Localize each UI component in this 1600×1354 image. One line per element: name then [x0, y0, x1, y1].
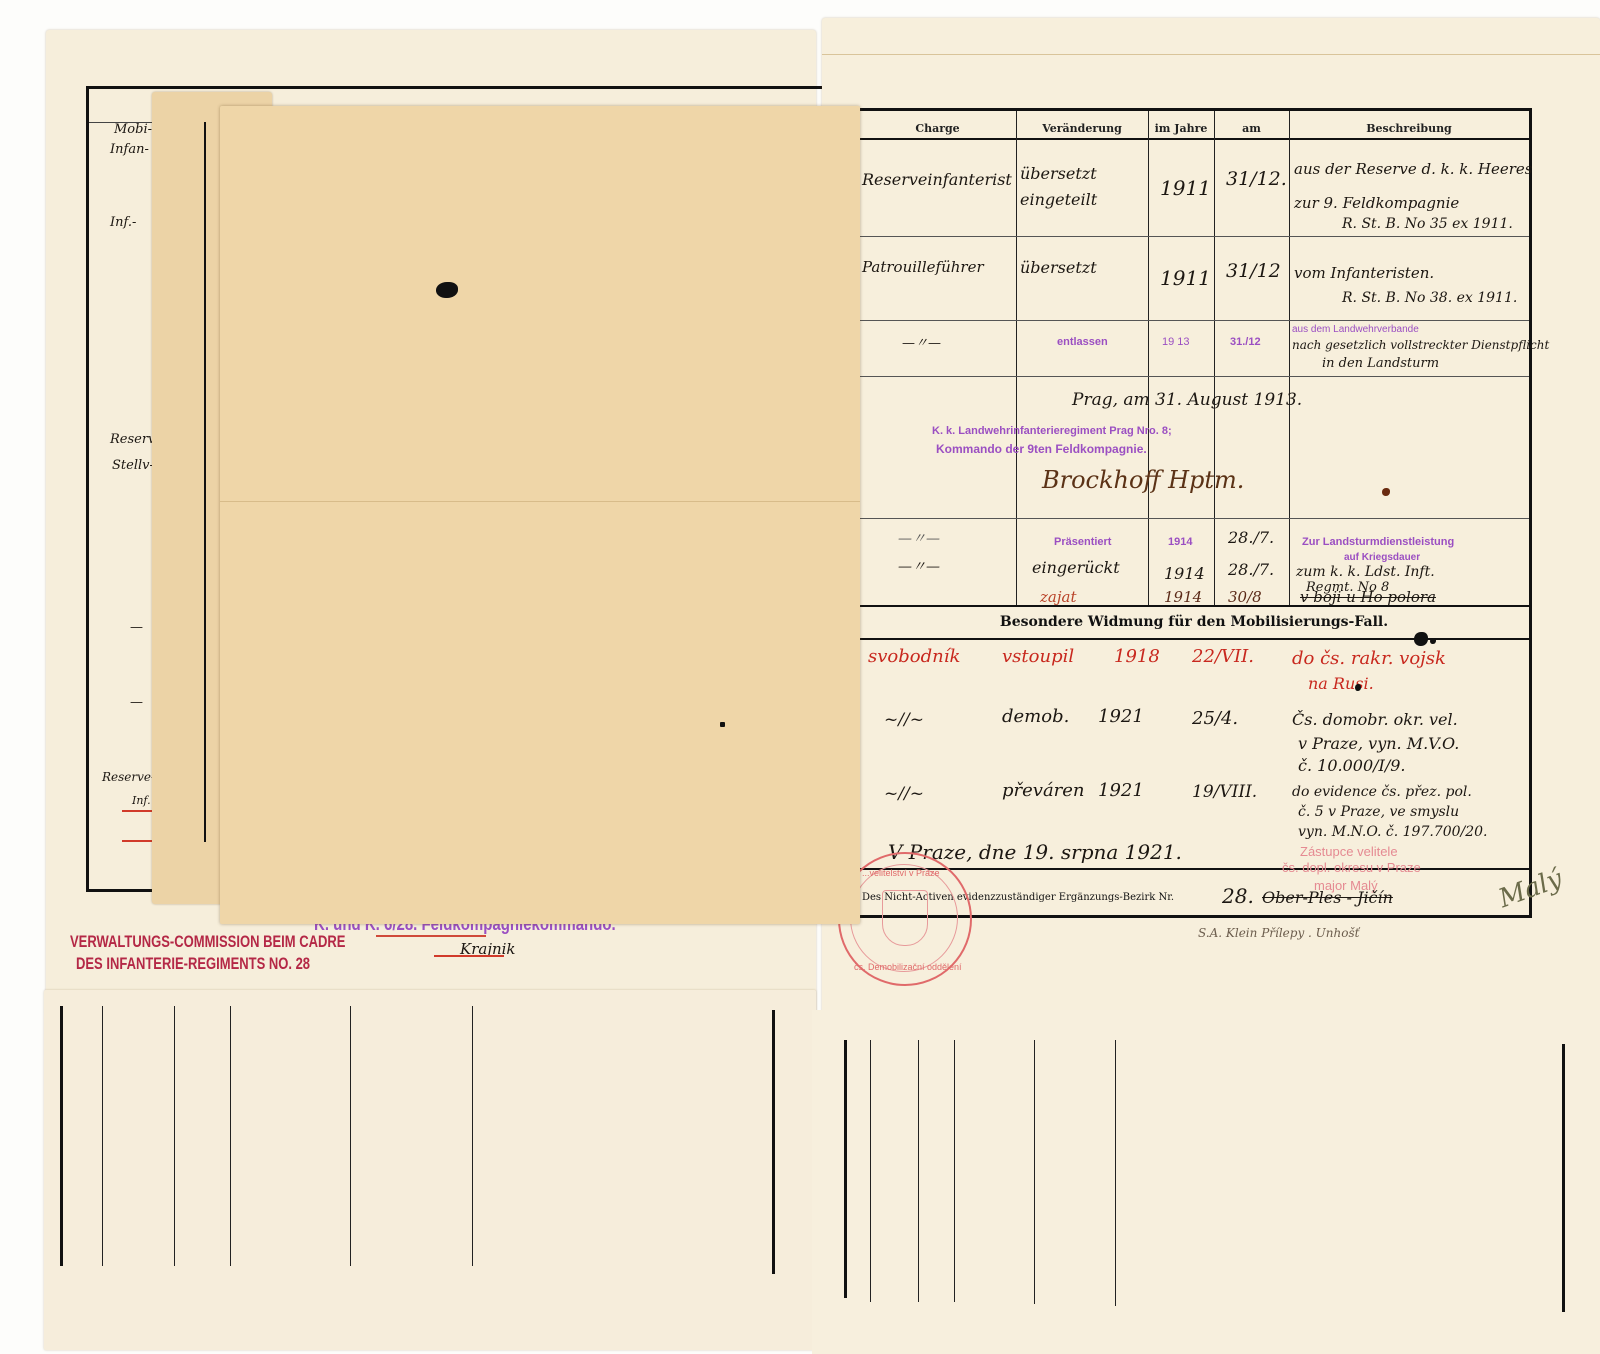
cz2-desc-2: v Praze, vyn. M.V.O. [1298, 734, 1459, 753]
row1-desc-2: zur 9. Feldkompagnie [1294, 194, 1459, 212]
cz3-year: 1921 [1098, 780, 1144, 801]
malý-stamp-line2: čs. dopl. okresu v Praze [1282, 860, 1421, 875]
cz3-change: převáren [1002, 780, 1085, 801]
row-rule-2 [859, 320, 1529, 321]
row3-desc-2: nach gesetzlich vollstreckter Dienstpfli… [1292, 338, 1549, 352]
row4-desc-stamp-1: Zur Landsturmdienstleistung [1302, 536, 1454, 548]
header-charge: Charge [859, 122, 1016, 135]
row1-desc-1: aus der Reserve d. k. k. Heeres [1294, 160, 1533, 178]
left-handwriting-6: Reserve- [102, 770, 155, 784]
left-commission-stamp-line1: VERWALTUNGS-COMMISSION BEIM CADRE [70, 932, 345, 951]
lower-left-col-5 [350, 1006, 351, 1266]
row4-year-stamp: 1914 [1168, 536, 1192, 548]
sig-place-date-1913: Prag, am 31. August 1913. [1072, 390, 1302, 410]
left-red-underline-1 [122, 810, 152, 812]
row2-change: übersetzt [1020, 258, 1097, 277]
row5-charge: —〃— [898, 556, 940, 576]
regiment-stamp-line2: Kommando der 9ten Feldkompagnie. [936, 442, 1147, 456]
cz3-charge: ~//~ [884, 784, 924, 804]
cz1-date: 22/VII. [1192, 646, 1254, 667]
row4-charge: —〃— [898, 528, 940, 548]
cz1-desc-1: do čs. rakr. vojsk [1292, 648, 1446, 669]
right-page-fold-crease [822, 54, 1600, 55]
cz3-desc-3: vyn. M.N.O. č. 197.700/20. [1298, 824, 1488, 840]
malý-stamp-line1: Zástupce velitele [1300, 844, 1398, 859]
lower-left-page [44, 990, 816, 1350]
row6-change: zajat [1040, 588, 1076, 606]
row2-date: 31/12 [1226, 260, 1281, 282]
footer-struck-text: Ober-Ples - Jičín [1262, 888, 1393, 907]
left-red-underline-3 [376, 935, 486, 937]
lower-right-col-1 [844, 1040, 847, 1298]
lower-right-col-6 [1115, 1040, 1116, 1306]
lower-left-col-3 [174, 1006, 175, 1266]
row6-desc: v boji u Ho polora [1300, 588, 1436, 606]
lower-right-col-7 [1562, 1044, 1565, 1312]
card-fold-line [220, 501, 860, 502]
row1-date: 31/12. [1226, 168, 1287, 190]
col-divider-1 [1016, 111, 1017, 606]
header-im-jahre: im Jahre [1148, 122, 1214, 135]
left-dash-1: — [130, 620, 143, 635]
ink-spot-1 [1382, 488, 1390, 496]
ink-spot-3 [1430, 638, 1436, 644]
row1-change-a: übersetzt [1020, 164, 1097, 183]
lower-right-col-4 [954, 1040, 955, 1302]
left-red-underline-2 [122, 840, 152, 842]
cz1-charge: svobodník [868, 646, 960, 667]
row-rule-3 [859, 376, 1529, 377]
row3-desc-3: in den Landsturm [1322, 356, 1439, 371]
lower-right-col-5 [1034, 1040, 1035, 1304]
row5-date: 28./7. [1228, 560, 1274, 579]
row3-date-stamp: 31./12 [1230, 336, 1261, 348]
cz3-desc-2: č. 5 v Praze, ve smyslu [1298, 804, 1459, 820]
lower-right-col-3 [918, 1040, 919, 1302]
row1-desc-3: R. St. B. No 35 ex 1911. [1342, 216, 1513, 232]
cz2-change: demob. [1002, 706, 1069, 727]
row6-date: 30/8 [1228, 588, 1262, 606]
row4-change-stamp: Präsentiert [1054, 536, 1111, 548]
row3-year-stamp: 19 13 [1162, 336, 1190, 348]
header-veraenderung: Veränderung [1016, 122, 1148, 135]
ink-dot [720, 722, 725, 727]
ink-spot-4 [1355, 684, 1361, 691]
left-red-underline-4 [434, 955, 504, 957]
row1-change-b: eingeteilt [1020, 190, 1097, 209]
row5-change: eingerückt [1032, 558, 1120, 577]
cz2-desc-1: Čs. domobr. okr. vel. [1292, 710, 1458, 729]
row2-charge: Patrouilleführer [862, 258, 984, 276]
row3-change-stamp: entlassen [1057, 336, 1108, 348]
inserted-card-front[interactable] [220, 106, 860, 924]
seal-coat-of-arms-icon [882, 890, 928, 946]
row3-charge: —〃— [902, 332, 941, 351]
left-handwriting-3: Inf.- [110, 215, 136, 230]
footer-top-rule [859, 868, 1529, 870]
lower-left-col-1 [60, 1006, 63, 1266]
card-back-rule [204, 122, 206, 842]
header-rule [859, 138, 1529, 140]
left-dash-2: — [130, 695, 143, 710]
row4-date: 28./7. [1228, 528, 1274, 547]
ink-blot [436, 282, 458, 298]
brockhoff-signature: Brockhoff Hptm. [1042, 466, 1244, 494]
cz1-year: 1918 [1114, 646, 1160, 667]
seal-top-text: ...velitelství v Praze [862, 868, 940, 878]
lower-right-page [812, 1010, 1600, 1354]
row2-desc-1: vom Infanteristen. [1294, 264, 1434, 282]
header-am: am [1214, 122, 1289, 135]
footer-value: 28. [1222, 884, 1254, 908]
row-rule-1 [859, 236, 1529, 237]
lower-left-col-4 [230, 1006, 231, 1266]
cz2-year: 1921 [1098, 706, 1144, 727]
cz1-desc-2: na Rusi. [1308, 674, 1374, 693]
row2-desc-2: R. St. B. No 38. ex 1911. [1342, 290, 1517, 306]
footer-note: S.A. Klein Přílepy . Unhošť [1198, 926, 1359, 940]
cz3-desc-1: do evidence čs. přez. pol. [1292, 784, 1472, 800]
mobilization-title-bottom-rule [859, 638, 1529, 640]
col-divider-3 [1214, 111, 1215, 606]
row5-year: 1914 [1164, 564, 1205, 583]
regiment-stamp-line1: K. k. Landwehrinfanterieregiment Prag Nr… [932, 425, 1172, 437]
cz1-change: vstoupil [1002, 646, 1074, 667]
lower-left-col-2 [102, 1006, 103, 1266]
row1-year: 1911 [1160, 176, 1211, 200]
row4-desc-stamp-2: auf Kriegsdauer [1344, 552, 1420, 563]
ink-spot-2 [1414, 632, 1428, 646]
row1-charge: Reserveinfanterist [862, 170, 1012, 189]
cz2-desc-3: č. 10.000/I/9. [1298, 756, 1405, 775]
header-beschreibung: Beschreibung [1289, 122, 1529, 135]
mobilization-section-title: Besondere Widmung für den Mobilisierungs… [859, 614, 1529, 630]
col-divider-4 [1289, 111, 1290, 606]
col-divider-2 [1148, 111, 1149, 606]
left-handwriting-5: Stellv- [112, 458, 154, 473]
lower-left-col-6 [472, 1006, 473, 1266]
left-handwriting-1: Mobi- [114, 122, 152, 137]
lower-right-col-2 [870, 1040, 871, 1302]
row6-year: 1914 [1164, 588, 1202, 606]
left-handwriting-2: Infan- [110, 142, 149, 157]
seal-bottom-text: čs. Demobilizační oddělení [854, 962, 962, 972]
cz2-charge: ~//~ [884, 710, 924, 730]
row-rule-4 [859, 518, 1529, 519]
row2-year: 1911 [1160, 266, 1211, 290]
left-handwriting-7: Inf. [132, 794, 151, 807]
lower-left-col-7 [772, 1010, 775, 1274]
row5-desc-1: zum k. k. Ldst. Inft. [1296, 564, 1435, 580]
left-commission-stamp-line2: DES INFANTERIE-REGIMENTS NO. 28 [76, 954, 310, 973]
cz3-date: 19/VIII. [1192, 782, 1257, 802]
cz2-date: 25/4. [1192, 708, 1238, 729]
row3-desc-stamp-1: aus dem Landwehrverbande [1292, 324, 1419, 335]
